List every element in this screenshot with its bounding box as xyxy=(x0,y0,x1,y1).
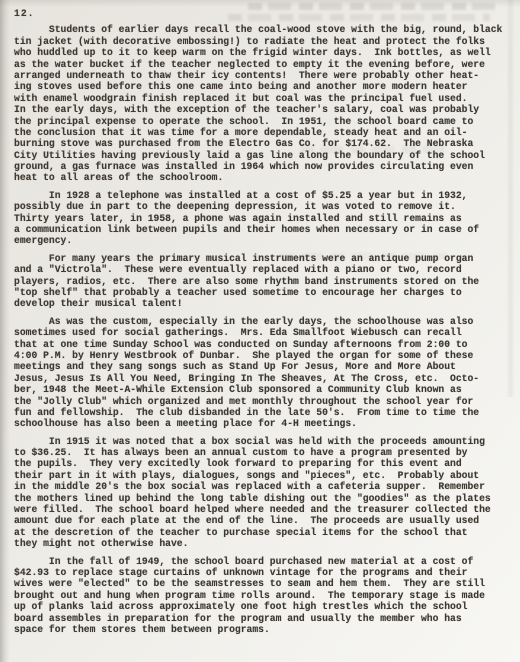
text-line: with enamel woodgrain finish replaced it… xyxy=(14,93,510,104)
text-line: In 1928 a telephone was installed at a c… xyxy=(14,190,510,201)
text-line: the "Jolly Club" which organized and met… xyxy=(14,396,510,407)
text-line: "top shelf" that probably a teacher used… xyxy=(14,287,510,298)
text-line: arranged underneath to thaw their icy co… xyxy=(14,70,510,81)
document-body: Students of earlier days recall the coal… xyxy=(14,24,510,635)
text-line: to $36.25. It has always been an annual … xyxy=(14,447,510,458)
text-line: as the water bucket if the teacher negle… xyxy=(14,59,510,70)
text-line: amount due for each plate at the end of … xyxy=(14,515,510,526)
text-line: City Utilities having previously laid a … xyxy=(14,150,510,161)
paragraph: Students of earlier days recall the coal… xyxy=(14,24,510,183)
paragraph: In 1915 it was noted that a box social w… xyxy=(14,436,510,550)
text-line: emergency. xyxy=(14,235,510,246)
text-line: a communication link between pupils and … xyxy=(14,224,510,235)
text-line: wives were "elected" to be the seamstres… xyxy=(14,578,510,589)
text-line: $42.93 to replace stage curtains of unkn… xyxy=(14,567,510,578)
text-line: and a "Victrola". These were eventually … xyxy=(14,264,510,275)
text-line: meetings and they sang songs such as Sta… xyxy=(14,361,510,372)
text-line: space for them stores them between progr… xyxy=(14,624,510,635)
page-number: 12. xyxy=(14,8,510,19)
text-line: schoolhouse has also been a meeting plac… xyxy=(14,418,510,429)
paragraph: In 1928 a telephone was installed at a c… xyxy=(14,190,510,247)
text-line: their part in it with plays, dialogues, … xyxy=(14,470,510,481)
text-line: brought out and hung when program time r… xyxy=(14,590,510,601)
text-line: In the fall of 1949, the school board pu… xyxy=(14,556,510,567)
text-line: burning stove was purchased from the Ele… xyxy=(14,138,510,149)
text-line: were filled. The school board helped whe… xyxy=(14,504,510,515)
paragraph: For many years the primary musical instr… xyxy=(14,253,510,310)
text-line: ground, a gas furnace was installed in 1… xyxy=(14,161,510,172)
text-line: possibly due in part to the deepening de… xyxy=(14,201,510,212)
text-line: the principal expense to operate the sch… xyxy=(14,116,510,127)
text-line: they might not otherwise have. xyxy=(14,538,510,549)
text-line: Jesus, Jesus Is All You Need, Bringing I… xyxy=(14,373,510,384)
text-line: fun and fellowship. The club disbanded i… xyxy=(14,407,510,418)
text-line: the pupils. They very excitedly look for… xyxy=(14,458,510,469)
text-line: that at one time Sunday School was condu… xyxy=(14,339,510,350)
text-line: ing stoves used before this one came int… xyxy=(14,81,510,92)
text-line: sometimes used for social gatherings. Mr… xyxy=(14,327,510,338)
text-line: ber, 1948 the Meet-A-While Extension Clu… xyxy=(14,384,510,395)
text-line: up of planks laid across approximately o… xyxy=(14,601,510,612)
text-line: the mothers lined up behind the long tab… xyxy=(14,493,510,504)
text-line: Students of earlier days recall the coal… xyxy=(14,24,510,35)
text-line: For many years the primary musical instr… xyxy=(14,253,510,264)
text-line: As was the custom, especially in the ear… xyxy=(14,316,510,327)
text-line: heat to all areas of the schoolroom. xyxy=(14,172,510,183)
paragraph: As was the custom, especially in the ear… xyxy=(14,316,510,430)
text-line: In 1915 it was noted that a box social w… xyxy=(14,436,510,447)
text-line: at the descretion of the teacher to purc… xyxy=(14,527,510,538)
text-line: players, radios, etc. There are also som… xyxy=(14,276,510,287)
text-line: develop their musical talent! xyxy=(14,298,510,309)
text-line: Thirty years later, in 1958, a phone was… xyxy=(14,213,510,224)
text-line: the conclusion that it was time for a mo… xyxy=(14,127,510,138)
typewritten-text-block: 12. Students of earlier days recall the … xyxy=(0,0,520,635)
text-line: 4:00 P.M. by Henry Westbrook of Dunbar. … xyxy=(14,350,510,361)
text-line: in the middle 20's the box social was re… xyxy=(14,481,510,492)
text-line: who huddled up to it to keep warm on the… xyxy=(14,47,510,58)
paragraph: In the fall of 1949, the school board pu… xyxy=(14,556,510,636)
text-line: In the early days, with the exception of… xyxy=(14,104,510,115)
text-line: tin jacket (with decorative embossing!) … xyxy=(14,36,510,47)
scanned-document-page: 12. Students of earlier days recall the … xyxy=(0,0,520,662)
text-line: board assembles in preparation for the p… xyxy=(14,613,510,624)
